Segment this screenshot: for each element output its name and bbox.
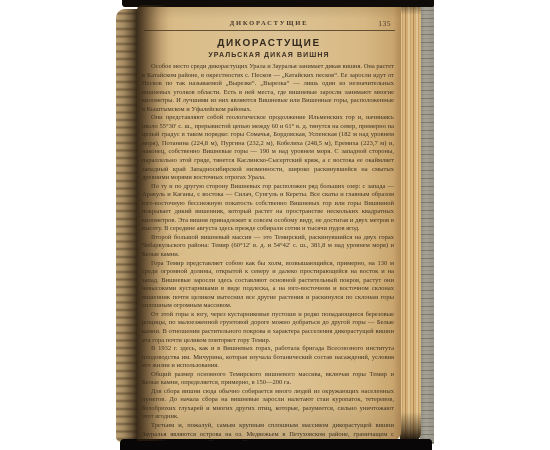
page-number: 135 [378, 19, 391, 28]
body-paragraph: Гора Темир представляет собою как бы хол… [142, 260, 394, 311]
chapter-title: ДИКОРАСТУЩИЕ [137, 38, 401, 49]
photo-background: { "book_page": { "running_head": "ДИКОРА… [0, 0, 550, 450]
header-rule [144, 30, 395, 31]
left-page-edge [116, 9, 138, 442]
page-fore-edge [400, 3, 421, 442]
book-photo: ДИКОРАСТУЩИЕ 135 ДИКОРАСТУЩИЕ УРАЛЬСКАЯ … [114, 0, 434, 450]
body-paragraph: Они представляют собой геологическое про… [142, 114, 394, 182]
body-paragraph: Общий размер основного Темирского вишнев… [142, 371, 394, 388]
body-paragraph: Второй большой вишневый массив — это Тем… [142, 234, 394, 260]
book-page: ДИКОРАСТУЩИЕ 135 ДИКОРАСТУЩИЕ УРАЛЬСКАЯ … [137, 5, 401, 441]
body-paragraph: От этой горы к югу, через кустарниковые … [142, 311, 394, 345]
body-paragraph: В 1932 г. здесь, как и в Вишневых горах,… [142, 345, 394, 371]
book-cover-cloth-edge [420, 2, 434, 444]
body-paragraph: Для сбора вишни сюда обычно собирается м… [142, 388, 394, 422]
body-paragraph: Особое место среди дикорастущих Урала и … [142, 63, 394, 114]
running-head: ДИКОРАСТУЩИЕ [137, 20, 401, 27]
section-subtitle: УРАЛЬСКАЯ ДИКАЯ ВИШНЯ [137, 52, 401, 59]
body-paragraph: По ту и по другую сторону Вишневых гор р… [142, 183, 394, 234]
body-text: Особое место среди дикорастущих Урала и … [142, 63, 394, 441]
body-paragraph: Третьим и, пожалуй, самым крупным сплошн… [142, 422, 394, 441]
book-cover-top-edge [122, 0, 434, 7]
